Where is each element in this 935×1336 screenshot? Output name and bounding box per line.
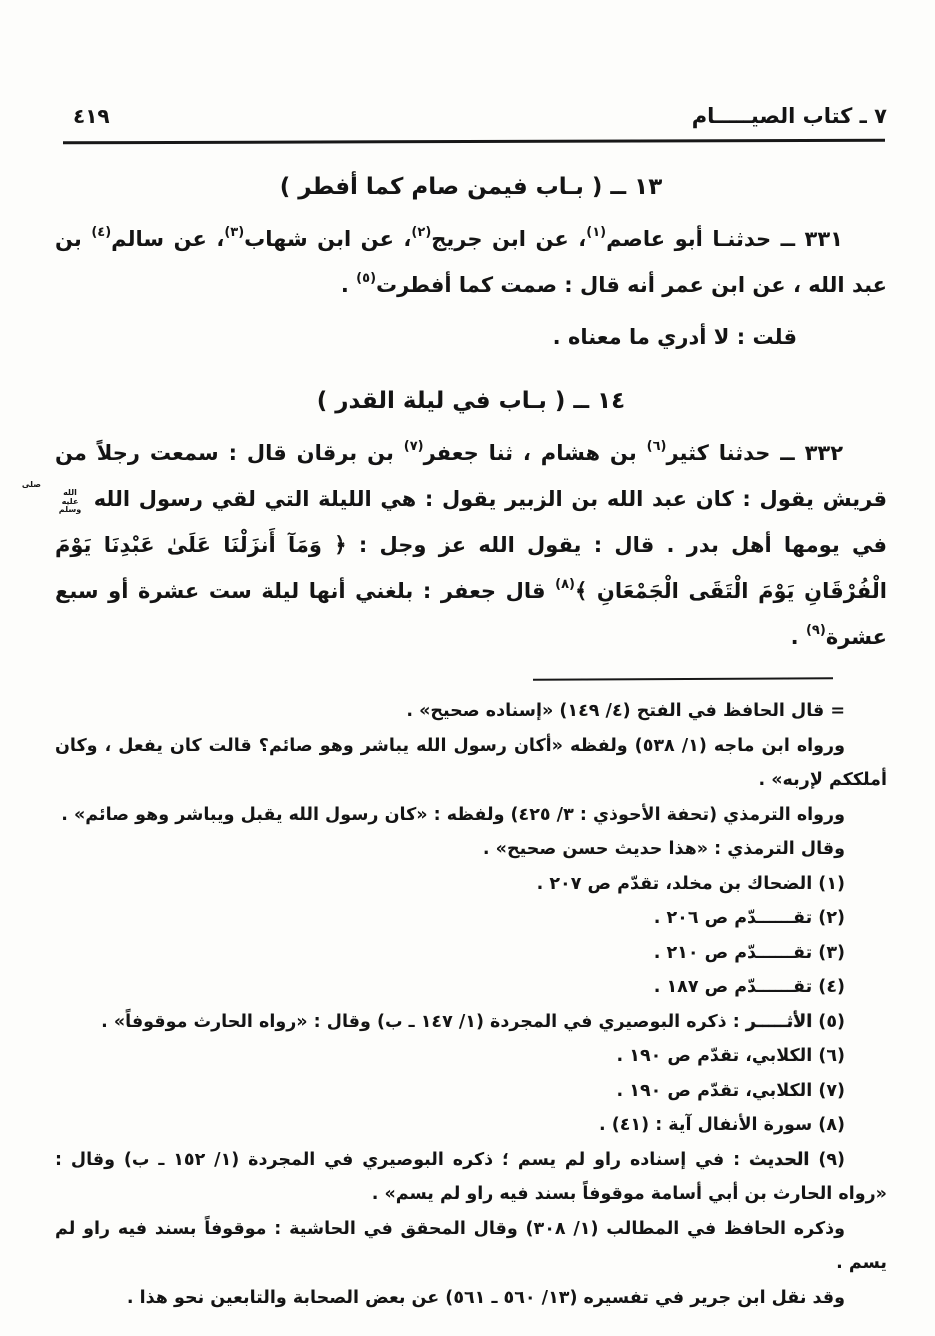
footnote-keyword: الأثـــــر <box>746 1012 812 1032</box>
text-run: (٦) الكلابي، تقدّم ص ١٩٠ . <box>617 1046 845 1066</box>
footnote-item-15: وقد نقل ابن جرير في تفسيره (١٣/ ٥٦٠ ـ ٥٦… <box>55 1281 887 1316</box>
footnote-ref: (٤) <box>91 225 111 240</box>
text-run: (٨) سورة الأنفال آية : (٤١) . <box>599 1115 845 1135</box>
footnote-ref: (٨) <box>555 577 575 592</box>
footnote-item-10: (٦) الكلابي، تقدّم ص ١٩٠ . <box>55 1039 887 1074</box>
footnote-item-12: (٨) سورة الأنفال آية : (٤١) . <box>55 1108 887 1143</box>
text-run: . <box>341 273 356 297</box>
text-run: بن هشام ، ثنا جعفر <box>424 441 647 465</box>
footnote-ref: (٦) <box>647 439 667 454</box>
text-run: (٢) تقــــــدّم ص ٢٠٦ . <box>654 908 845 928</box>
footnotes-block: = قال الحافظ في الفتح (٤/ ١٤٩) «إسناده ص… <box>55 694 887 1315</box>
book-page: ٧ ـ كتاب الصيـــــام ٤١٩ ١٣ ــ ( بـاب في… <box>0 0 935 1336</box>
hadith-paragraph-4: ٣٣٢ ــ حدثنا كثير(٦) بن هشام ، ثنا جعفر(… <box>55 430 887 660</box>
footnote-item-13: (٩) الحديث : في إسناده راو لم يسم ؛ ذكره… <box>55 1143 887 1212</box>
text-run: ، عن ابن جريج <box>431 227 586 251</box>
text-run: (١) الضحاك بن مخلد، تقدّم ص ٢٠٧ . <box>537 874 845 894</box>
footnote-item-2: ورواه ابن ماجه (١/ ٥٣٨) ولفظه «أكان رسول… <box>55 729 887 798</box>
text-run: وقال الترمذي : «هذا حديث حسن صحيح» . <box>483 839 845 859</box>
footnote-item-14: وذكره الحافظ في المطالب (١/ ٣٠٨) وقال ال… <box>55 1212 887 1281</box>
text-run: وذكره الحافظ في المطالب (١/ ٣٠٨) وقال ال… <box>55 1219 887 1274</box>
text-run: : ذكره البوصيري في المجردة (١/ ١٤٧ ـ ب) … <box>101 1012 746 1032</box>
text-run: ورواه ابن ماجه (١/ ٥٣٨) ولفظه «أكان رسول… <box>55 736 887 791</box>
text-run: وقد نقل ابن جرير في تفسيره (١٣/ ٥٦٠ ـ ٥٦… <box>127 1288 845 1308</box>
text-run: ٣٣١ ــ حدثنـا أبو عاصم <box>606 227 843 251</box>
text-run: ، عن ابن شهاب <box>244 227 411 251</box>
text-run: ورواه الترمذي (تحفة الأحوذي : ٣/ ٤٢٥) ول… <box>61 805 845 825</box>
hadith-paragraph-1: ٣٣١ ــ حدثنـا أبو عاصم(١)، عن ابن جريج(٢… <box>55 216 887 308</box>
page-number: ٤١٩ <box>55 104 110 128</box>
footnote-item-8: (٤) تقــــــدّم ص ١٨٧ . <box>55 970 887 1005</box>
footnote-item-9: (٥) الأثـــــر : ذكره البوصيري في المجرد… <box>55 1005 887 1040</box>
footnote-item-5: (١) الضحاك بن مخلد، تقدّم ص ٢٠٧ . <box>55 867 887 902</box>
text-run: (٧) الكلابي، تقدّم ص ١٩٠ . <box>617 1081 845 1101</box>
chapter-heading-0: ١٣ ــ ( بـاب فيمن صام كما أفطر ) <box>55 170 887 204</box>
footnote-item-3: ورواه الترمذي (تحفة الأحوذي : ٣/ ٤٢٥) ول… <box>55 798 887 833</box>
text-run: (٥) <box>812 1012 845 1032</box>
footnote-item-4: وقال الترمذي : «هذا حديث حسن صحيح» . <box>55 832 887 867</box>
footnote-separator <box>533 677 833 681</box>
author-comment: قلت : لا أدري ما معناه . <box>55 317 887 357</box>
book-title: ٧ ـ كتاب الصيـــــام <box>692 104 887 128</box>
footnote-item-1: = قال الحافظ في الفتح (٤/ ١٤٩) «إسناده ص… <box>55 694 887 729</box>
header-rule <box>63 139 885 145</box>
footnote-item-11: (٧) الكلابي، تقدّم ص ١٩٠ . <box>55 1074 887 1109</box>
text-run: (٤) تقــــــدّم ص ١٨٧ . <box>654 977 845 997</box>
salawat-symbol: صلى الله عليه وسلم <box>55 481 85 515</box>
page-header: ٧ ـ كتاب الصيـــــام ٤١٩ <box>55 104 887 128</box>
footnote-item-7: (٣) تقــــــدّم ص ٢١٠ . <box>55 936 887 971</box>
text-run: . <box>791 625 806 649</box>
footnote-ref: (١) <box>586 225 606 240</box>
footnote-item-6: (٢) تقــــــدّم ص ٢٠٦ . <box>55 901 887 936</box>
text-run: ، عن سالم <box>111 227 224 251</box>
text-run: ٣٣٢ ــ حدثنا كثير <box>666 441 843 465</box>
text-run: في يومها أهل بدر . قال : يقول الله عز وج… <box>347 533 887 557</box>
footnote-ref: (٩) <box>806 623 826 638</box>
footnote-keyword: الحديث <box>749 1150 809 1170</box>
footnote-ref: (٧) <box>404 439 424 454</box>
footnote-ref: (٢) <box>411 225 431 240</box>
footnote-ref: (٣) <box>224 225 244 240</box>
chapter-heading-3: ١٤ ــ ( بـاب في ليلة القدر ) <box>55 384 887 418</box>
text-run: (٣) تقــــــدّم ص ٢١٠ . <box>654 943 845 963</box>
main-text: ١٣ ــ ( بـاب فيمن صام كما أفطر )٣٣١ ــ ح… <box>55 170 887 660</box>
text-run: (٩) <box>809 1150 845 1170</box>
text-run: = قال الحافظ في الفتح (٤/ ١٤٩) «إسناده ص… <box>406 701 845 721</box>
footnote-ref: (٥) <box>356 271 376 286</box>
